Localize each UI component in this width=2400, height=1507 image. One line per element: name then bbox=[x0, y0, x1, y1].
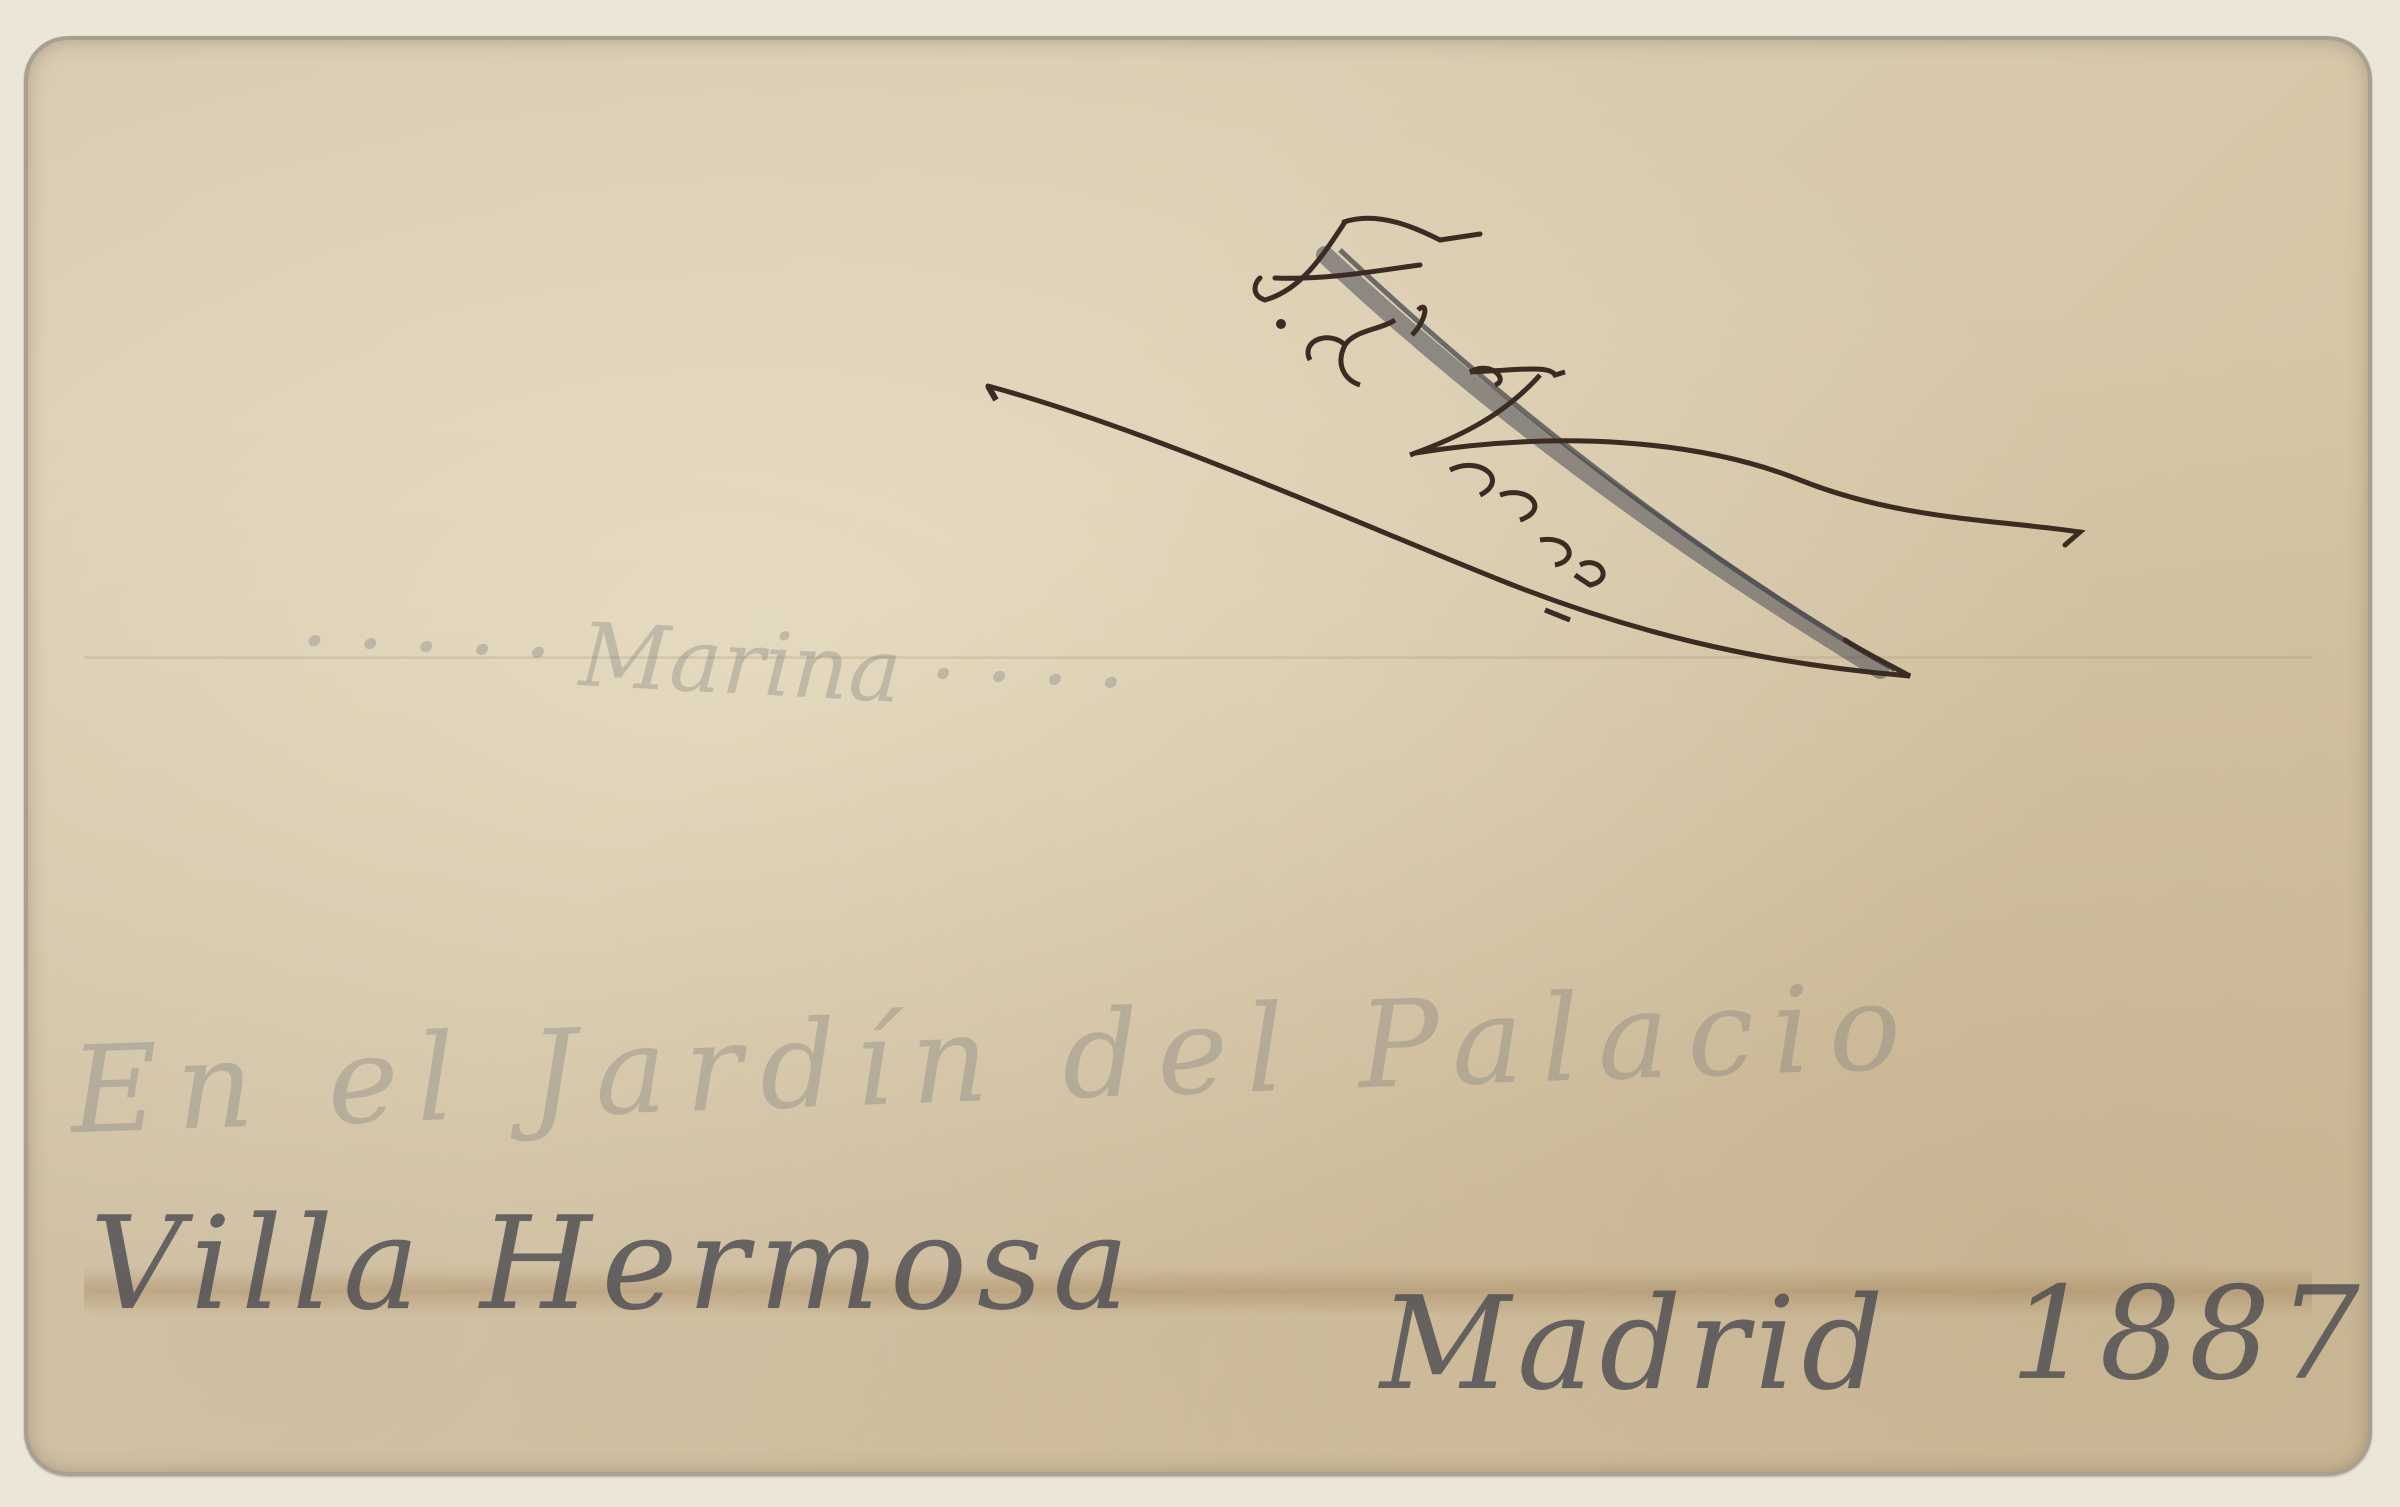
inscription-place: Villa Hermosa bbox=[90, 1190, 1139, 1339]
inscription-city: Madrid bbox=[1380, 1270, 1889, 1419]
inscription-year: 1887 bbox=[2010, 1260, 2368, 1409]
